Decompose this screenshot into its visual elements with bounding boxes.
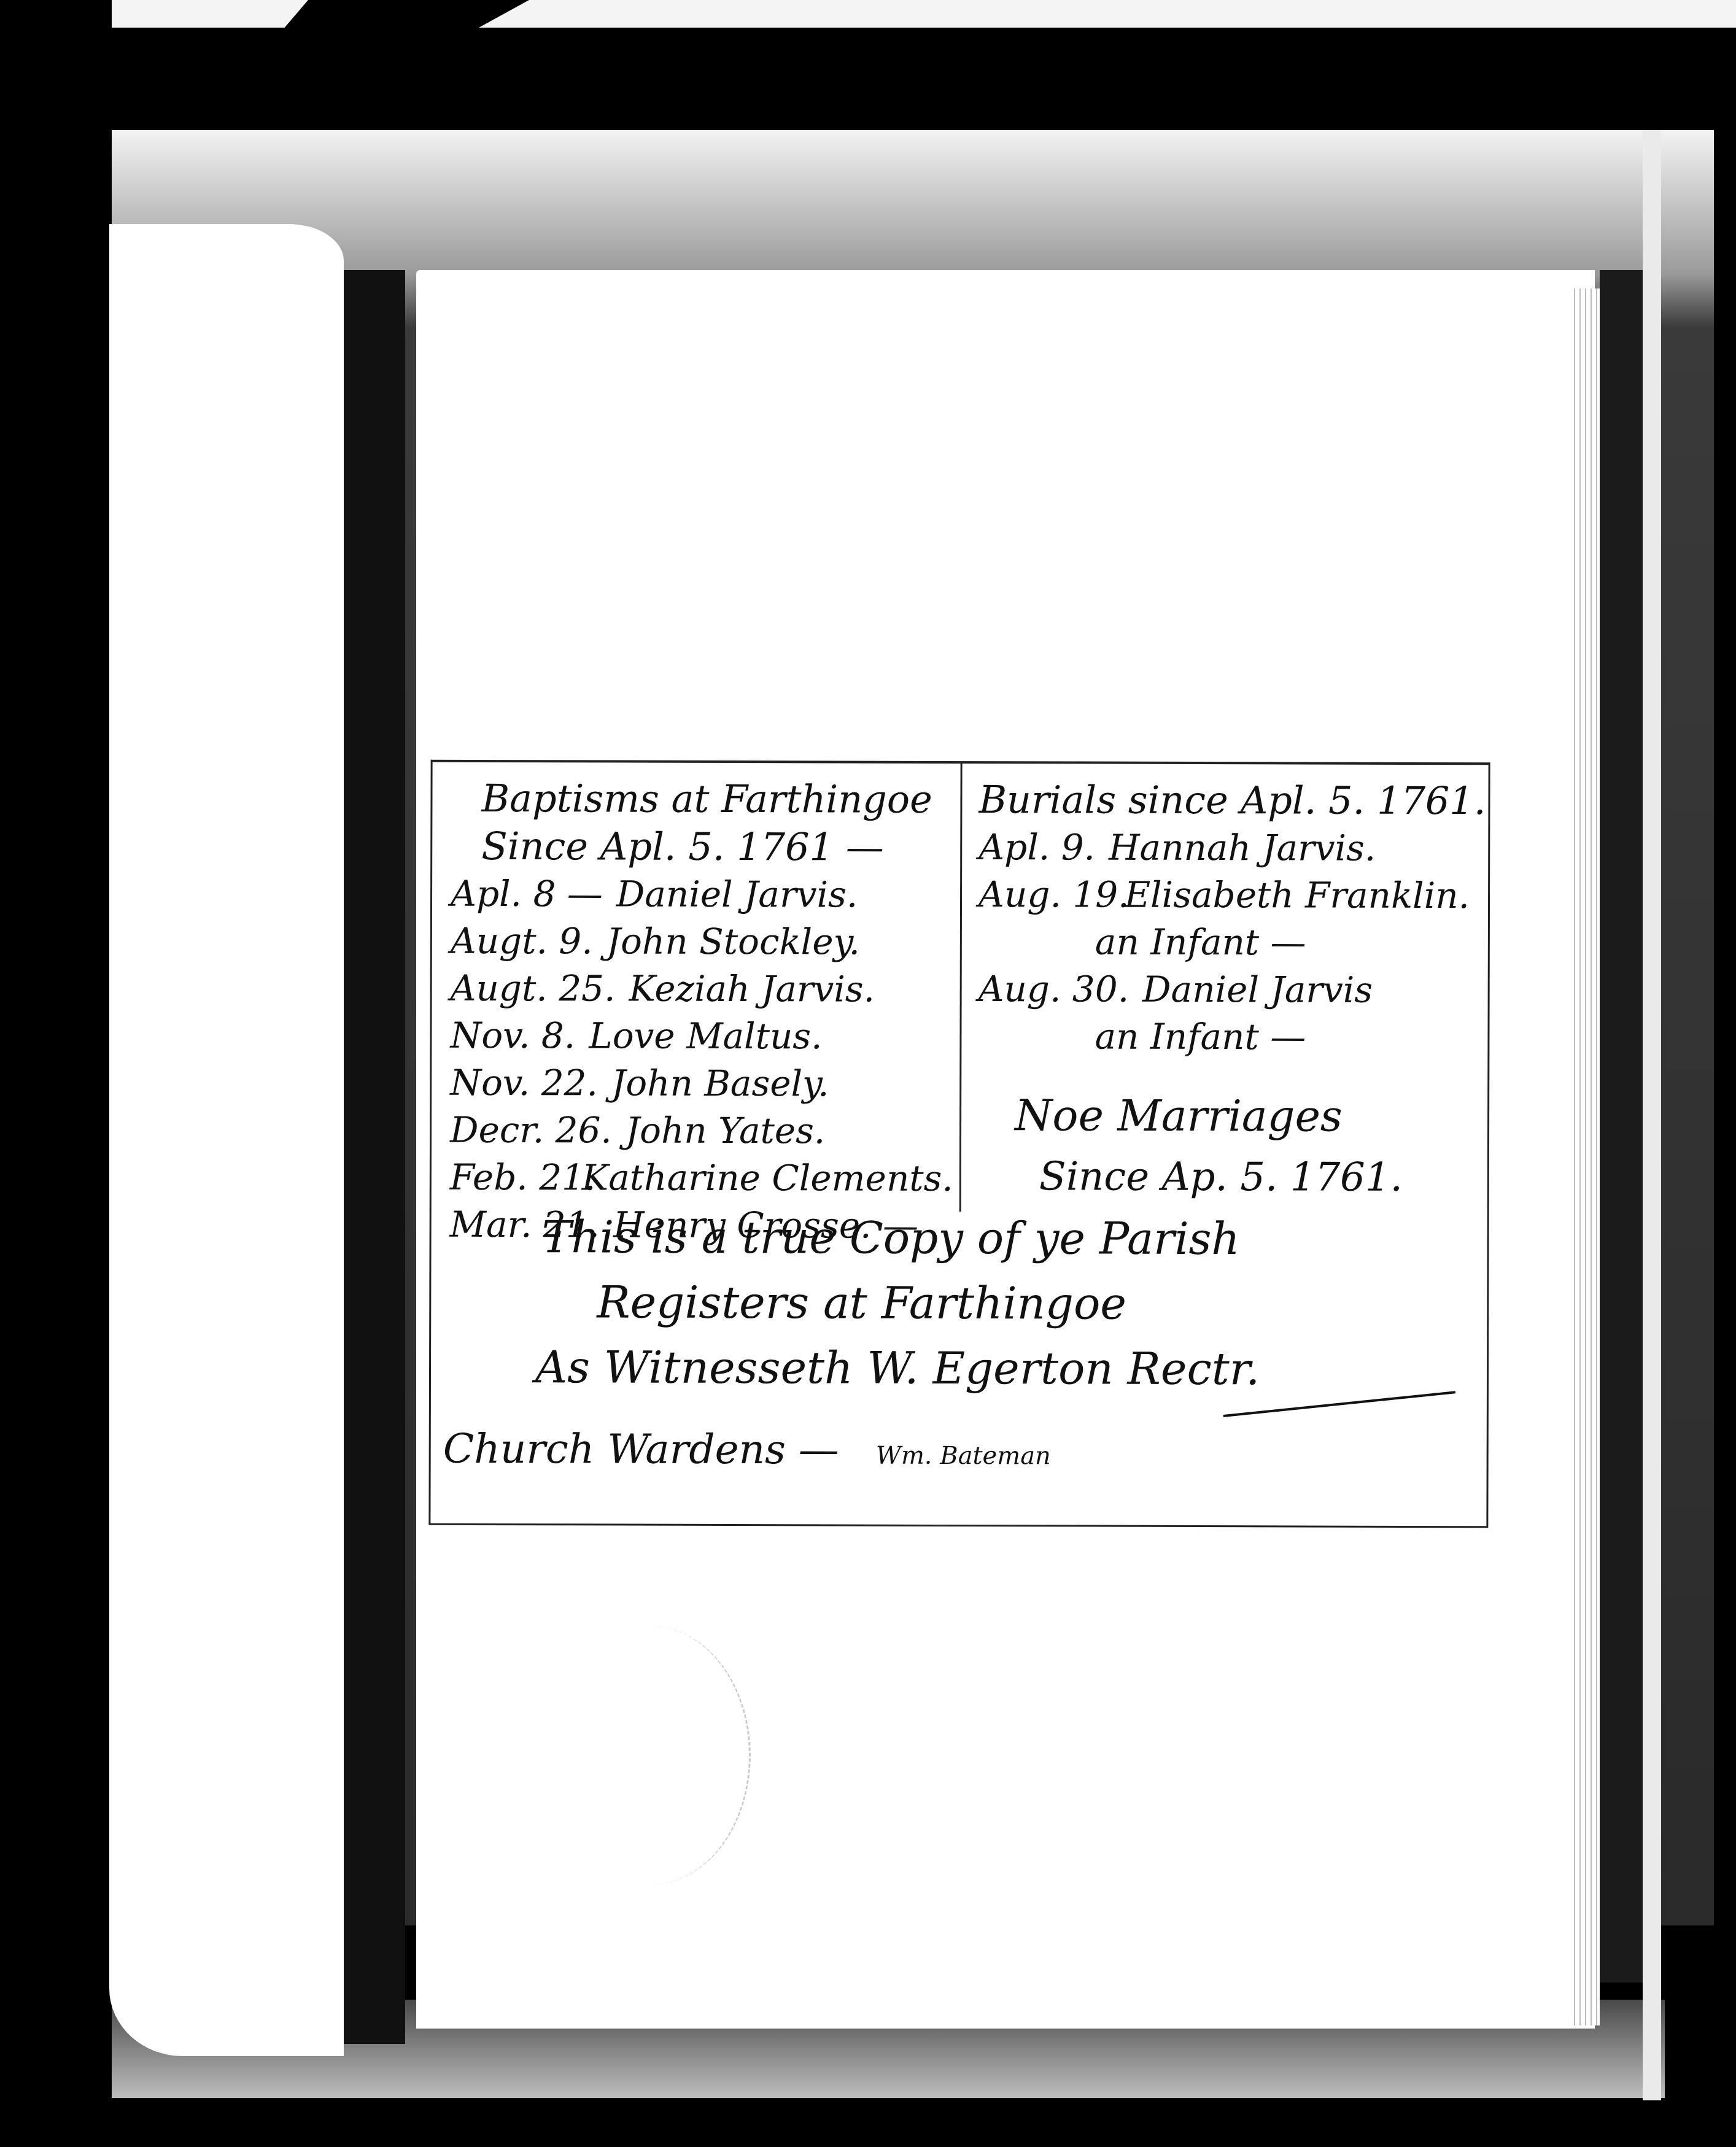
entry-date: Augt. 9. — [451, 918, 593, 965]
marriages-note: Noe Marriages Since Ap. 5. 1761. — [978, 1085, 1470, 1209]
baptisms-column: Baptisms at Farthingoe Since Apl. 5. 176… — [450, 775, 955, 1250]
entry-date: Aug. 30. — [978, 965, 1130, 1013]
entry-date: Nov. 22. — [450, 1059, 598, 1107]
page-edges — [1571, 288, 1600, 2025]
scanner-background-edge — [1643, 130, 1661, 2100]
entry-name: John Basely. — [611, 1060, 829, 1108]
entry-name: John Stockley. — [606, 918, 860, 965]
baptisms-heading: Baptisms at Farthingoe — [451, 775, 954, 824]
certification-line-3: As Witnesseth W. Egerton Rectr. — [449, 1334, 1468, 1402]
register-entry: Feb. 21.Katharine Clements. — [450, 1154, 953, 1202]
film-strip-fragment — [112, 0, 308, 28]
register-entry: Aug. 19.Elisabeth Franklin. — [978, 871, 1470, 919]
entry-date: Augt. 25. — [451, 965, 616, 1013]
church-wardens: Church Wardens — Wm. Bateman — [443, 1425, 1051, 1474]
faint-stamp-mark — [552, 1627, 751, 1884]
marriages-line-2: Since Ap. 5. 1761. — [1015, 1146, 1469, 1209]
page-shadow — [1600, 270, 1643, 1983]
entry-date: Apl. 9. — [978, 824, 1095, 871]
church-warden-signature: Wm. Bateman — [876, 1442, 1051, 1471]
film-strip-fragment — [479, 0, 1736, 28]
certification-line-2: Registers at Farthingoe — [449, 1269, 1468, 1337]
entry-date: Feb. 21. — [450, 1154, 568, 1202]
register-entry: Nov. 22.John Basely. — [450, 1059, 953, 1108]
burials-heading: Burials since Apl. 5. 1761. — [978, 776, 1470, 825]
entry-date: Aug. 19. — [978, 871, 1111, 919]
certification-line-1: This is a true Copy of ye Parish — [449, 1204, 1468, 1272]
baptisms-subheading: Since Apl. 5. 1761 — — [451, 822, 954, 872]
entry-note: an Infant — — [978, 918, 1470, 967]
register-entry: Nov. 8.Love Maltus. — [450, 1012, 953, 1061]
entry-name: John Yates. — [626, 1107, 826, 1155]
burial-list: Apl. 9.Hannah Jarvis.Aug. 19.Elisabeth F… — [978, 824, 1470, 1061]
church-wardens-label: Church Wardens — — [443, 1425, 839, 1474]
column-divider — [959, 764, 963, 1212]
certification: This is a true Copy of ye Parish Registe… — [449, 1204, 1469, 1402]
entry-name: Love Maltus. — [589, 1012, 823, 1060]
entry-note: an Infant — — [978, 1013, 1469, 1061]
entry-name: Daniel Jarvis — [1142, 966, 1373, 1014]
entry-name: Katharine Clements. — [582, 1154, 953, 1202]
entry-date: Decr. 26. — [450, 1107, 612, 1155]
register-entry: Apl. 9.Hannah Jarvis. — [978, 824, 1470, 872]
entry-name: Elisabeth Franklin. — [1125, 872, 1470, 919]
pasted-register-slip: Baptisms at Farthingoe Since Apl. 5. 176… — [428, 760, 1490, 1528]
entry-name: Keziah Jarvis. — [629, 965, 875, 1013]
register-entry: Aug. 30.Daniel Jarvis — [978, 965, 1470, 1014]
book-gutter — [344, 270, 405, 2044]
register-entry: Augt. 25.Keziah Jarvis. — [451, 965, 954, 1013]
entry-name: Daniel Jarvis. — [616, 871, 858, 919]
baptism-list: Apl. 8 —Daniel Jarvis.Augt. 9.John Stock… — [450, 870, 955, 1250]
marriages-line-1: Noe Marriages — [1015, 1085, 1469, 1147]
entry-date: Apl. 8 — — [451, 870, 603, 918]
burials-column: Burials since Apl. 5. 1761. Apl. 9.Hanna… — [978, 776, 1470, 1209]
register-entry: Decr. 26.John Yates. — [450, 1107, 953, 1155]
entry-date: Nov. 8. — [450, 1012, 575, 1060]
register-entry: Apl. 8 —Daniel Jarvis. — [451, 870, 954, 919]
register-entry: Augt. 9.John Stockley. — [451, 918, 954, 966]
facing-page — [109, 224, 344, 2056]
entry-name: Hannah Jarvis. — [1109, 824, 1376, 872]
